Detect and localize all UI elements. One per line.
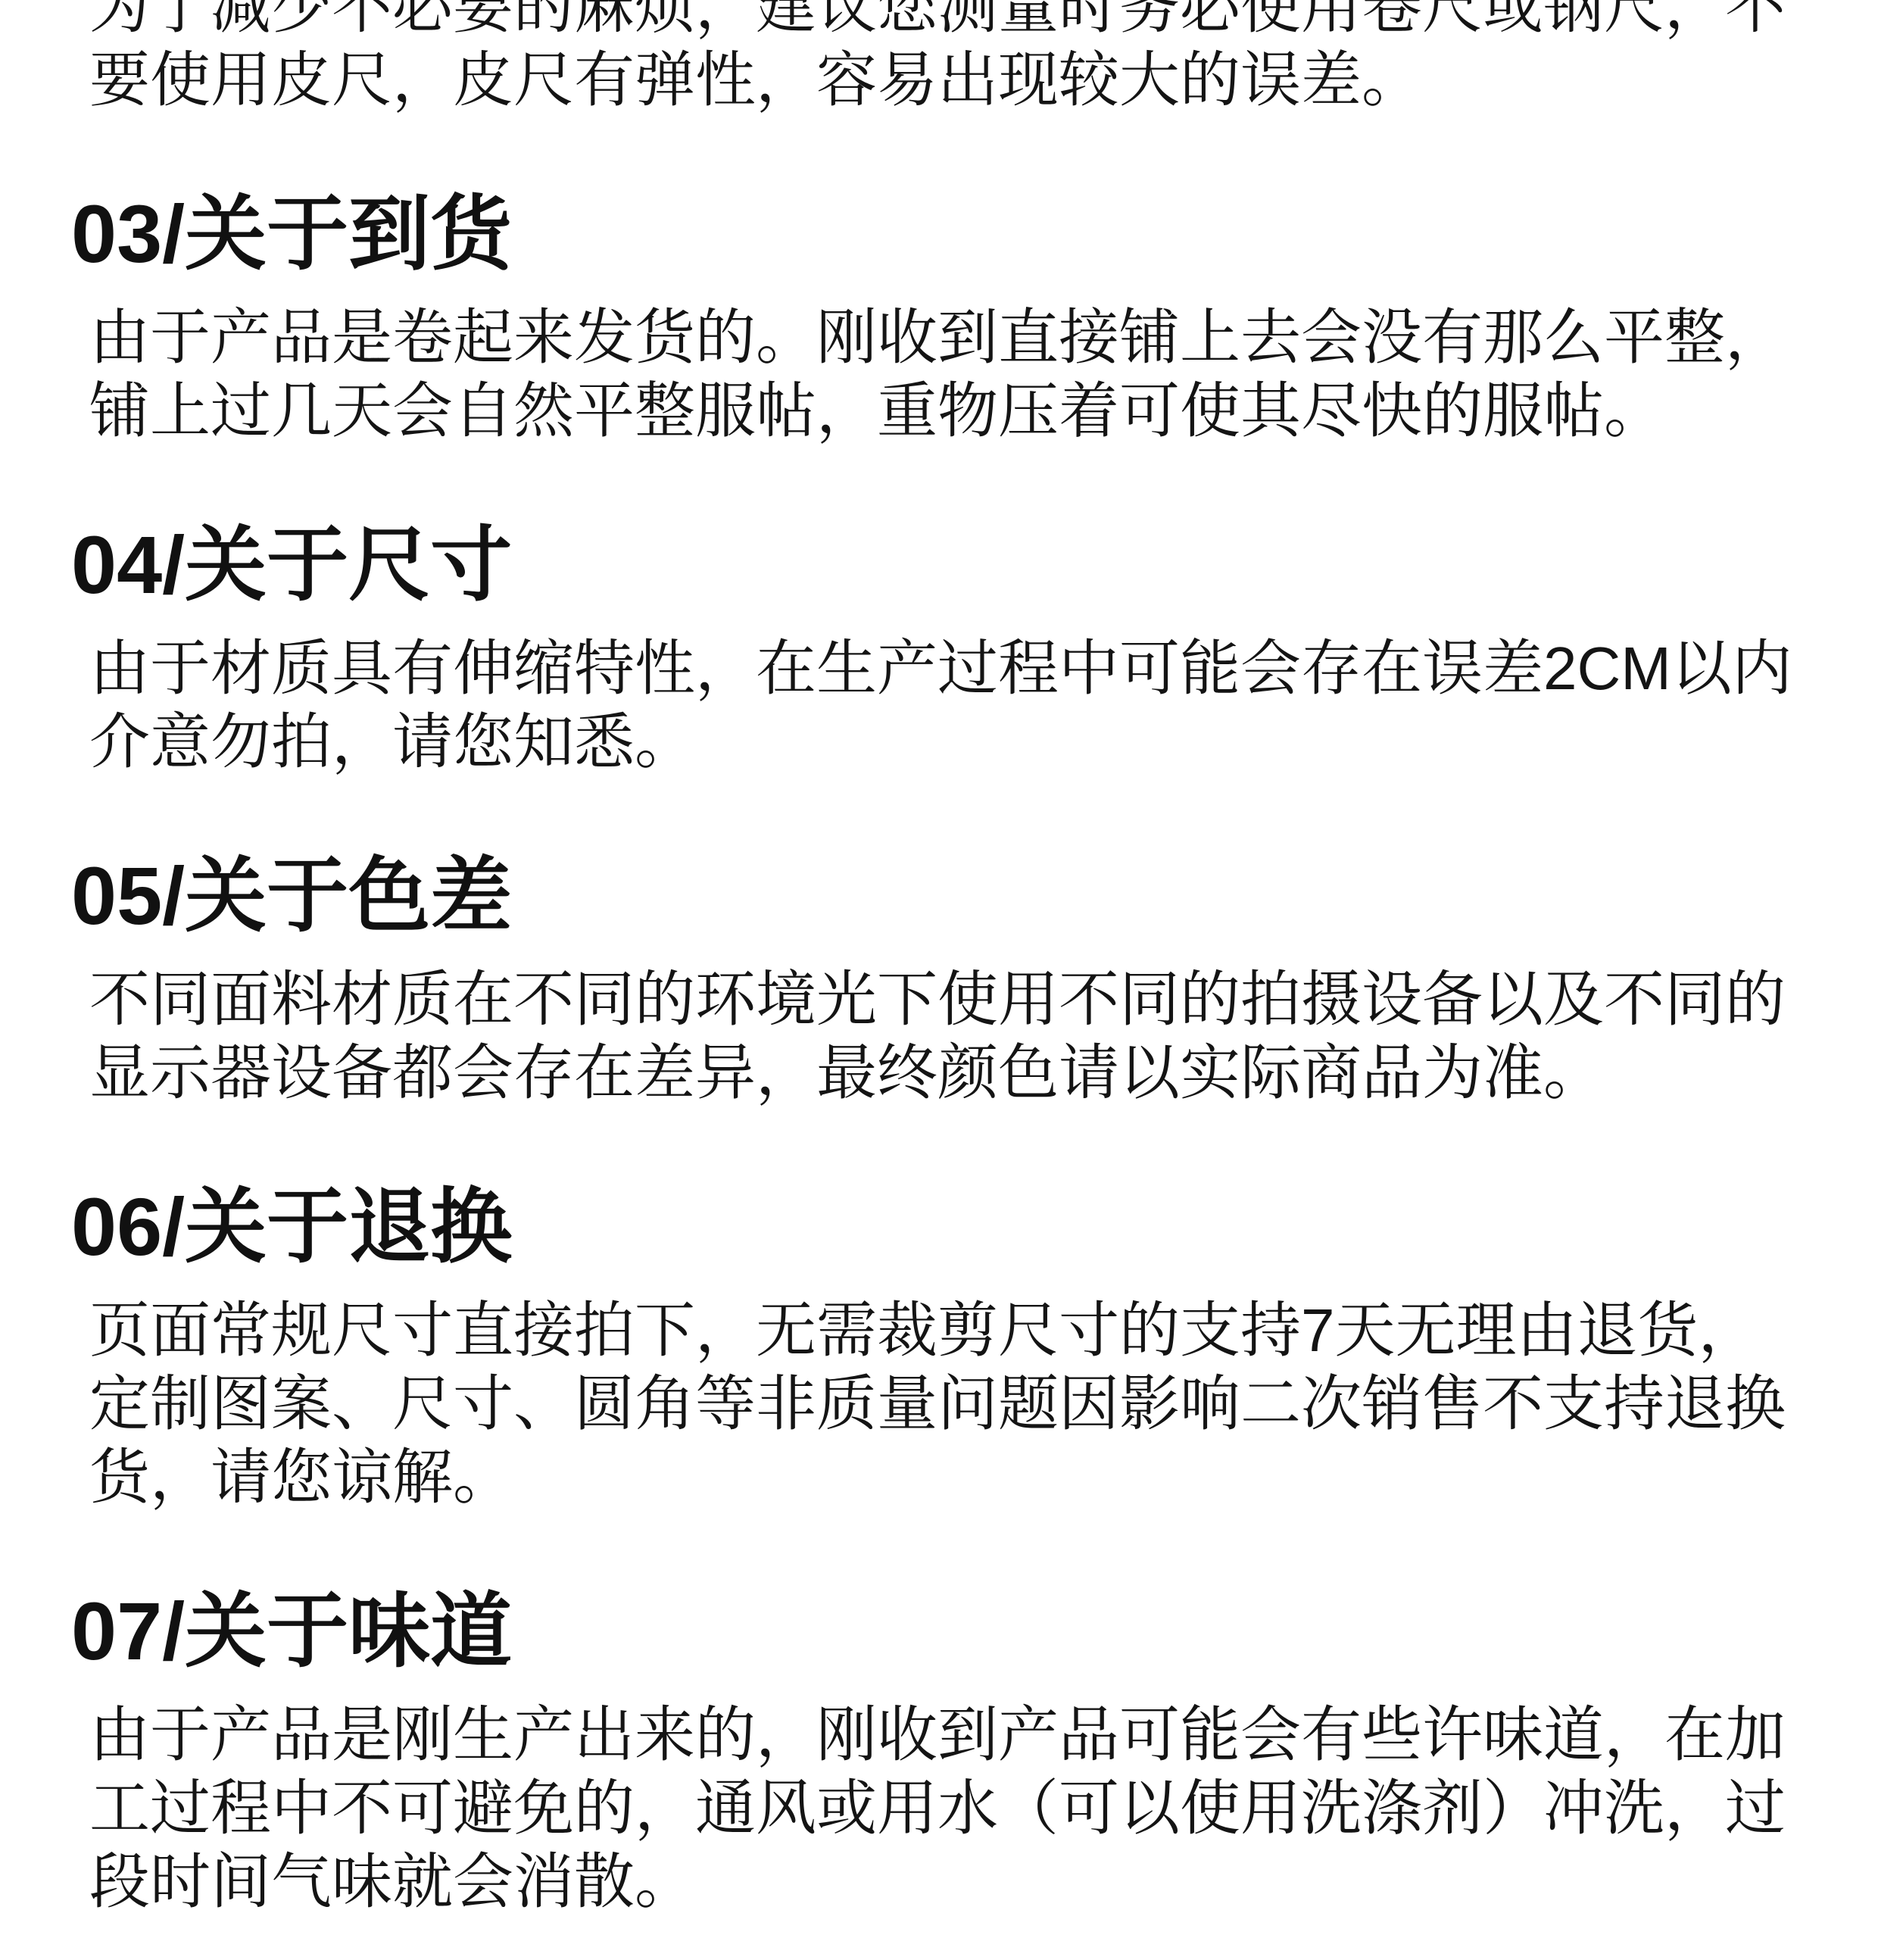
intro-line-1-clipped: 为了减少不必要的麻烦，建议您测量时务必使用卷尺或钢尺，不: [89, 0, 1848, 43]
section-color-difference: 05/关于色差 不同面料材质在不同的环境光下使用不同的拍摄设备以及不同的 显示器…: [89, 850, 1848, 1110]
section-smell-body: 由于产品是刚生产出来的，刚收到产品可能会有些许味道，在加 工过程中不可避免的，通…: [89, 1698, 1848, 1918]
body-line: 显示器设备都会存在差异，最终颜色请以实际商品为准。: [89, 1036, 1848, 1110]
intro-paragraph: 为了减少不必要的麻烦，建议您测量时务必使用卷尺或钢尺，不 要使用皮尺，皮尺有弹性…: [89, 0, 1848, 117]
body-line: 由于产品是刚生产出来的，刚收到产品可能会有些许味道，在加: [89, 1698, 1848, 1771]
section-color-difference-body: 不同面料材质在不同的环境光下使用不同的拍摄设备以及不同的 显示器设备都会存在差异…: [89, 963, 1848, 1110]
body-line: 页面常规尺寸直接拍下，无需裁剪尺寸的支持7天无理由退货，: [89, 1294, 1848, 1367]
section-delivery: 03/关于到货 由于产品是卷起来发货的。刚收到直接铺上去会没有那么平整， 铺上过…: [89, 189, 1848, 448]
body-line: 段时间气味就会消散。: [89, 1845, 1848, 1918]
body-line: 货，请您谅解。: [89, 1440, 1848, 1514]
intro-line-2: 要使用皮尺，皮尺有弹性，容易出现较大的误差。: [89, 43, 1848, 117]
body-line: 工过程中不可避免的，通风或用水（可以使用洗涤剂）冲洗，过: [89, 1771, 1848, 1845]
section-returns-heading: 06/关于退换: [71, 1181, 1848, 1272]
body-line: 由于产品是卷起来发货的。刚收到直接铺上去会没有那么平整，: [89, 301, 1848, 374]
body-line: 铺上过几天会自然平整服帖，重物压着可使其尽快的服帖。: [89, 374, 1848, 448]
body-line: 不同面料材质在不同的环境光下使用不同的拍摄设备以及不同的: [89, 963, 1848, 1036]
section-size-heading: 04/关于尺寸: [71, 520, 1848, 610]
section-delivery-heading: 03/关于到货: [71, 189, 1848, 279]
section-color-difference-heading: 05/关于色差: [71, 850, 1848, 941]
section-smell: 07/关于味道 由于产品是刚生产出来的，刚收到产品可能会有些许味道，在加 工过程…: [89, 1586, 1848, 1918]
body-line: 定制图案、尺寸、圆角等非质量问题因影响二次销售不支持退换: [89, 1367, 1848, 1440]
product-notes-page: 为了减少不必要的麻烦，建议您测量时务必使用卷尺或钢尺，不 要使用皮尺，皮尺有弹性…: [0, 0, 1878, 1918]
section-delivery-body: 由于产品是卷起来发货的。刚收到直接铺上去会没有那么平整， 铺上过几天会自然平整服…: [89, 301, 1848, 448]
section-size-body: 由于材质具有伸缩特性，在生产过程中可能会存在误差2CM以内 介意勿拍，请您知悉。: [89, 632, 1848, 779]
section-returns-body: 页面常规尺寸直接拍下，无需裁剪尺寸的支持7天无理由退货， 定制图案、尺寸、圆角等…: [89, 1294, 1848, 1514]
section-smell-heading: 07/关于味道: [71, 1586, 1848, 1677]
body-line: 由于材质具有伸缩特性，在生产过程中可能会存在误差2CM以内: [89, 632, 1848, 705]
section-returns: 06/关于退换 页面常规尺寸直接拍下，无需裁剪尺寸的支持7天无理由退货， 定制图…: [89, 1181, 1848, 1514]
body-line: 介意勿拍，请您知悉。: [89, 705, 1848, 779]
section-size: 04/关于尺寸 由于材质具有伸缩特性，在生产过程中可能会存在误差2CM以内 介意…: [89, 520, 1848, 779]
